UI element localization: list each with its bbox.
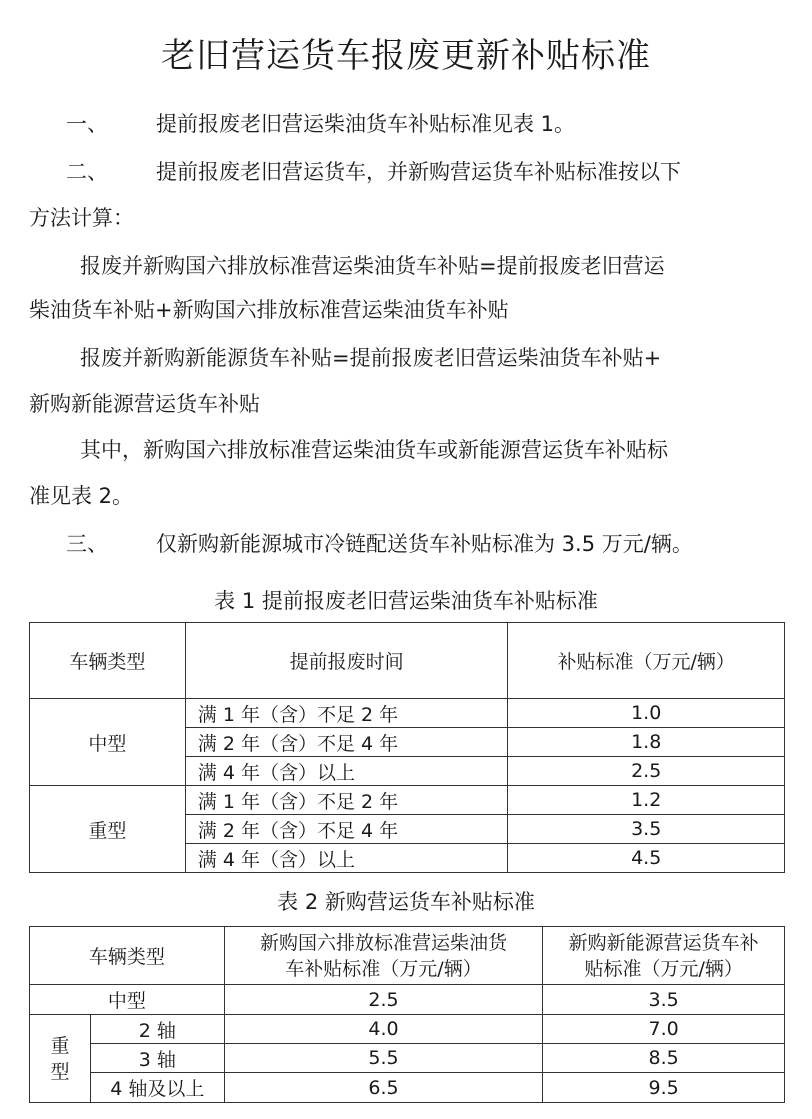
header-ev-line-1: 新购新能源营运货车补 <box>543 930 784 956</box>
vehicle-type-medium: 中型 <box>30 985 225 1015</box>
period-cell: 满 1 年（含）不足 2 年 <box>185 699 508 728</box>
item-3-number: 三、 <box>66 532 108 556</box>
diesel-value: 5.5 <box>224 1044 543 1073</box>
item-1-text: 提前报废老旧营运柴油货车补贴标准见表 1。 <box>156 112 575 136</box>
period-cell: 满 1 年（含）不足 2 年 <box>185 786 508 815</box>
value-cell: 3.5 <box>508 815 785 844</box>
value-cell: 4.5 <box>508 844 785 873</box>
header-ev-line-2: 贴标准（万元/辆） <box>543 956 784 982</box>
ev-value: 3.5 <box>543 985 785 1015</box>
item-2-text: 提前报废老旧营运货车，并新购营运货车补贴标准按以下 <box>156 160 681 184</box>
table-1-caption: 表 1 提前报废老旧营运柴油货车补贴标准 <box>0 585 812 615</box>
diesel-value: 4.0 <box>224 1015 543 1044</box>
item-2-number: 二、 <box>66 160 108 184</box>
header-ev-subsidy: 新购新能源营运货车补 贴标准（万元/辆） <box>543 927 785 985</box>
formula-1-line-1: 报废并新购国六排放标准营运柴油货车补贴=提前报废老旧营运 <box>80 254 665 278</box>
table-row: 重型 满 1 年（含）不足 2 年 1.2 <box>30 786 785 815</box>
value-cell: 1.0 <box>508 699 785 728</box>
table-row: 3 轴 5.5 8.5 <box>30 1044 785 1073</box>
header-subsidy: 补贴标准（万元/辆） <box>508 623 785 699</box>
vehicle-type-medium: 中型 <box>30 699 186 786</box>
diesel-value: 6.5 <box>224 1073 543 1103</box>
table-1: 车辆类型 提前报废时间 补贴标准（万元/辆） 中型 满 1 年（含）不足 2 年… <box>29 622 785 873</box>
header-vehicle-type: 车辆类型 <box>30 927 225 985</box>
table-row: 4 轴及以上 6.5 9.5 <box>30 1073 785 1103</box>
header-diesel-subsidy: 新购国六排放标准营运柴油货 车补贴标准（万元/辆） <box>224 927 543 985</box>
document-title: 老旧营运货车报废更新补贴标准 <box>0 28 812 77</box>
period-cell: 满 2 年（含）不足 4 年 <box>185 728 508 757</box>
axle-cell: 3 轴 <box>90 1044 224 1073</box>
heavy-label-line-2: 型 <box>30 1059 90 1085</box>
value-cell: 1.2 <box>508 786 785 815</box>
period-cell: 满 4 年（含）以上 <box>185 757 508 786</box>
period-cell: 满 4 年（含）以上 <box>185 844 508 873</box>
table-row: 重 型 2 轴 4.0 7.0 <box>30 1015 785 1044</box>
item-2-continuation: 方法计算： <box>29 206 134 230</box>
item-1-number: 一、 <box>66 112 108 136</box>
formula-2-line-2: 新购新能源营运货车补贴 <box>29 392 260 416</box>
table-row: 中型 满 1 年（含）不足 2 年 1.0 <box>30 699 785 728</box>
item-3-text: 仅新购新能源城市冷链配送货车补贴标准为 3.5 万元/辆。 <box>156 532 693 556</box>
header-scrap-period: 提前报废时间 <box>185 623 508 699</box>
header-diesel-line-2: 车补贴标准（万元/辆） <box>225 956 543 982</box>
formula-2-line-1: 报废并新购新能源货车补贴=提前报废老旧营运柴油货车补贴+ <box>80 346 661 370</box>
note-line-1: 其中，新购国六排放标准营运柴油货车或新能源营运货车补贴标 <box>80 438 668 462</box>
header-diesel-line-1: 新购国六排放标准营运柴油货 <box>225 930 543 956</box>
table-2: 车辆类型 新购国六排放标准营运柴油货 车补贴标准（万元/辆） 新购新能源营运货车… <box>29 926 785 1103</box>
diesel-value: 2.5 <box>224 985 543 1015</box>
note-line-2: 准见表 2。 <box>29 484 133 508</box>
table-1-header-row: 车辆类型 提前报废时间 补贴标准（万元/辆） <box>30 623 785 699</box>
ev-value: 7.0 <box>543 1015 785 1044</box>
value-cell: 1.8 <box>508 728 785 757</box>
axle-cell: 2 轴 <box>90 1015 224 1044</box>
header-vehicle-type: 车辆类型 <box>30 623 186 699</box>
value-cell: 2.5 <box>508 757 785 786</box>
table-2-header-row: 车辆类型 新购国六排放标准营运柴油货 车补贴标准（万元/辆） 新购新能源营运货车… <box>30 927 785 985</box>
ev-value: 9.5 <box>543 1073 785 1103</box>
axle-cell: 4 轴及以上 <box>90 1073 224 1103</box>
vehicle-type-heavy: 重型 <box>30 786 186 873</box>
heavy-label-line-1: 重 <box>30 1033 90 1059</box>
formula-1-line-2: 柴油货车补贴+新购国六排放标准营运柴油货车补贴 <box>29 298 509 322</box>
vehicle-type-heavy: 重 型 <box>30 1015 91 1103</box>
ev-value: 8.5 <box>543 1044 785 1073</box>
period-cell: 满 2 年（含）不足 4 年 <box>185 815 508 844</box>
table-row: 中型 2.5 3.5 <box>30 985 785 1015</box>
table-2-caption: 表 2 新购营运货车补贴标准 <box>0 886 812 916</box>
